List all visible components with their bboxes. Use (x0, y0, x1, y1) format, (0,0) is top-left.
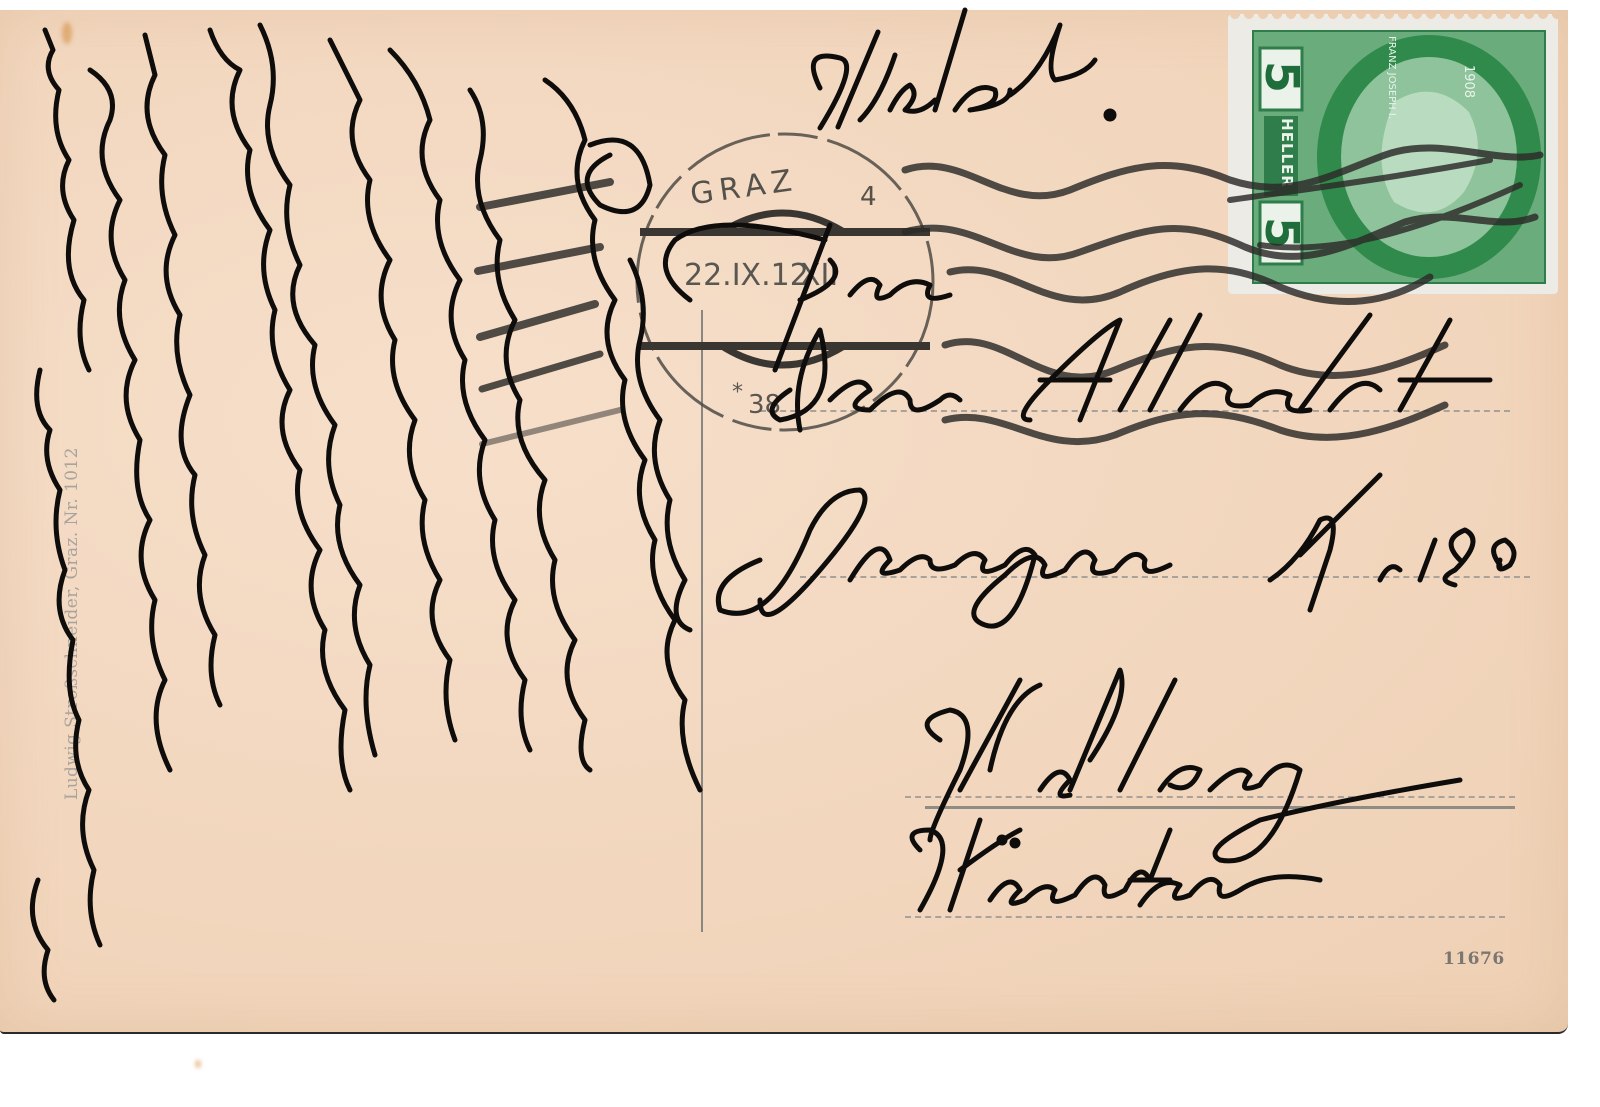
handwriting-message (32, 25, 700, 1000)
ink-layer (0, 0, 1600, 1107)
handwriting-address (665, 10, 1514, 910)
postmark-circle (637, 134, 933, 430)
